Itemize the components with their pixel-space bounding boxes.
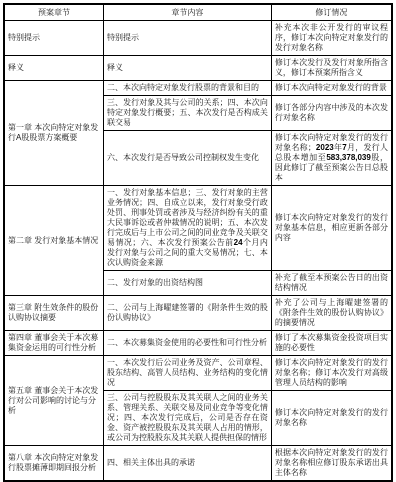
table-row: 第二章 发行对象基本情况一、发行对象基本信息；三、发行对象的主营业务情况；四、自… [4,186,392,271]
text-segment: 年 [334,143,343,152]
chapter-cell: 第五章 董事会关于本次发行对公司影响的讨论与分析 [4,356,104,446]
revision-cell: 补充了公司与上海曜建签署的《附条件生效的股份认购协议》的摘要情况 [271,296,392,331]
chapter-cell: 特别提示 [4,21,104,56]
header-row: 预案章节 章节内容 修订情况 [4,4,392,21]
table-row: 第三章 附生效条件的股份认购协议摘要二、公司与上海曜建签署的《附条件生效的股份认… [4,296,392,331]
chapter-cell: 第二章 发行对象基本情况 [4,186,104,296]
content-cell: 一、本次发行后公司业务及资产、公司章程、股东结构、高管人员结构、业务结构的变化情… [104,356,272,391]
chapter-cell: 第四章 董事会关于本次募集资金运用的可行性分析 [4,331,104,356]
revision-cell: 修订本次发行及发行对象所指含义，修订本预案所指含义 [271,56,392,81]
content-cell: 三、发行对象及其与公司的关系；四、本次向特定对象发行概要；五、本次发行是否构成关… [104,96,272,131]
content-cell: 四、相关主体出具的承诺 [104,446,272,482]
content-cell: 二、发行对象的出资结构图 [104,271,272,296]
revised-number: 24 [234,238,243,247]
table-row: 释义释义修订本次发行及发行对象所指含义，修订本预案所指含义 [4,56,392,81]
revision-table-header: 预案章节 章节内容 修订情况 [4,4,392,21]
revision-cell: 修订本次向特定对象发行的发行对象名称 [271,391,392,446]
content-cell: 特别提示 [104,21,272,56]
table-row: 特别提示特别提示补充本次非公开发行的审议程序，修订本次向特定对象发行的发行对象名… [4,21,392,56]
revision-table: 预案章节 章节内容 修订情况 特别提示特别提示补充本次非公开发行的审议程序，修订… [3,3,393,482]
content-cell: 释义 [104,56,272,81]
revision-cell: 修订本次向特定对象发行的发行对象基本信息，相应更新各部分内容 [271,186,392,271]
table-row: 第一章 本次向特定对象发行A股股票方案概要二、本次向特定对象发行股票的背景和目的… [4,81,392,96]
revision-cell: 修订本次向特定对象发行的发行对象名称；2023年7月，发行人总股本增加至583,… [271,131,392,186]
column-header-content: 章节内容 [104,4,272,21]
chapter-cell: 释义 [4,56,104,81]
revised-number: 583,378,039 [326,153,371,162]
column-header-chapter: 预案章节 [4,4,104,21]
revision-cell: 修订了本次募集资金投资项目实施的必要性 [271,331,392,356]
content-cell: 三、公司与控股股东及其关联人之间的业务关系、管理关系、关联交易及同业竞争等变化情… [104,391,272,446]
revision-table-body: 特别提示特别提示补充本次非公开发行的审议程序，修订本次向特定对象发行的发行对象名… [4,21,392,482]
table-row: 第五章 董事会关于本次发行对公司影响的讨论与分析一、本次发行后公司业务及资产、公… [4,356,392,391]
chapter-cell: 第八章 本次向特定对象发行股票摊薄即期回报分析 [4,446,104,482]
revision-cell: 修订各部分内容中涉及的本次发行对象名称 [271,96,392,131]
revision-cell: 根据本次向特定对象发行的发行对象名称相应修订股东承诺出具主体名称 [271,446,392,482]
revision-cell: 修订本次向特定对象发行的背景 [271,81,392,96]
content-cell: 二、本次向特定对象发行股票的背景和目的 [104,81,272,96]
revision-cell: 补充了截至本预案公告日的出资结构情况 [271,271,392,296]
chapter-cell: 第一章 本次向特定对象发行A股股票方案概要 [4,81,104,186]
content-cell: 二、公司与上海曜建签署的《附条件生效的股份认购协议》 [104,296,272,331]
content-cell: 六、本次发行是否导致公司控制权发生变化 [104,131,272,186]
revision-cell: 修订本次向特定对象发行的发行对象名称；修订本次发行对高级管理人员结构的影响 [271,356,392,391]
content-cell: 一、发行对象基本信息；三、发行对象的主营业务情况；四、自成立以来，发行对象受行政… [104,186,272,271]
content-cell: 二、本次募集资金使用的必要性和可行性分析 [104,331,272,356]
table-row: 第八章 本次向特定对象发行股票摊薄即期回报分析四、相关主体出具的承诺根据本次向特… [4,446,392,482]
document-page: 预案章节 章节内容 修订情况 特别提示特别提示补充本次非公开发行的审议程序，修订… [0,0,396,370]
chapter-cell: 第三章 附生效条件的股份认购协议摘要 [4,296,104,331]
table-row: 第四章 董事会关于本次募集资金运用的可行性分析二、本次募集资金使用的必要性和可行… [4,331,392,356]
revised-number: 2023 [316,143,334,152]
column-header-revision: 修订情况 [271,4,392,21]
revision-cell: 补充本次非公开发行的审议程序，修订本次向特定对象发行的发行对象名称 [271,21,392,56]
